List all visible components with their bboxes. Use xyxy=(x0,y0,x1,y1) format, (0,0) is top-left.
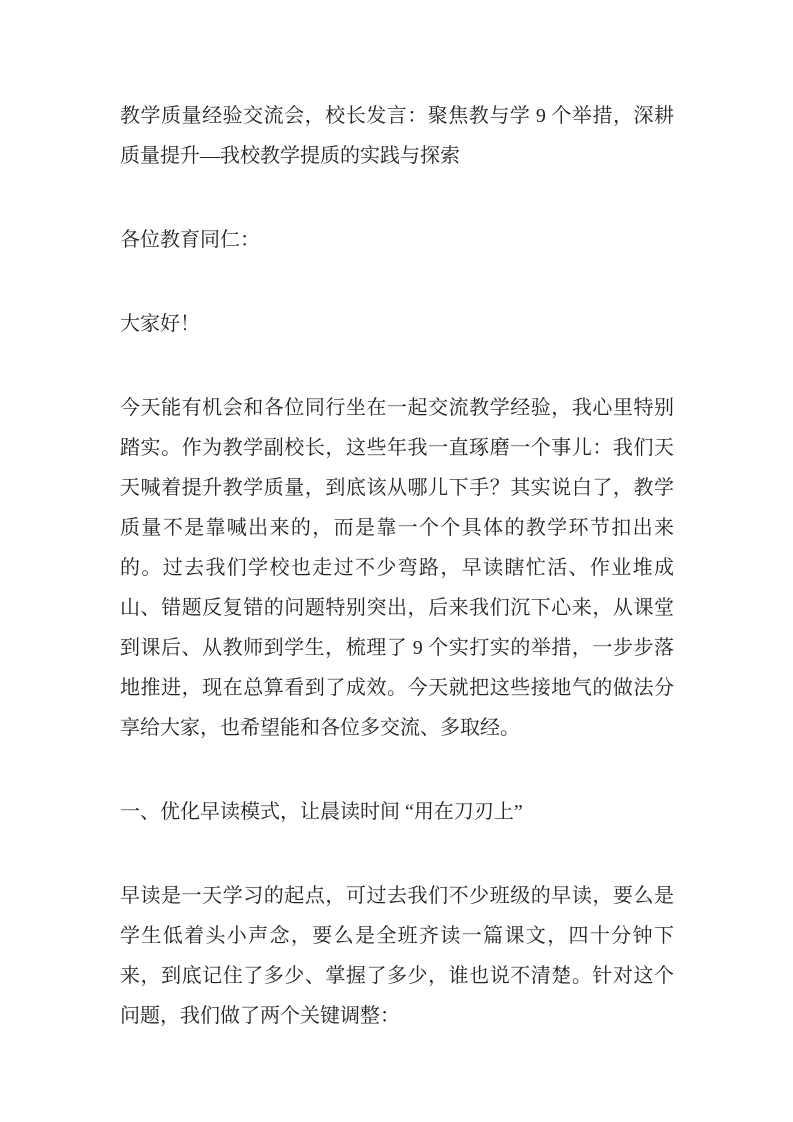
document-content: 教学质量经验交流会，校长发言：聚焦教与学 9 个举措，深耕质量提升—我校教学提质… xyxy=(120,96,674,1036)
document-title: 教学质量经验交流会，校长发言：聚焦教与学 9 个举措，深耕质量提升—我校教学提质… xyxy=(120,96,674,176)
section-heading-1: 一、优化早读模式，让晨读时间 “用在刀刃上” xyxy=(120,792,674,832)
intro-paragraph: 今天能有机会和各位同行坐在一起交流教学经验，我心里特别踏实。作为教学副校长，这些… xyxy=(120,388,674,748)
document-page: 教学质量经验交流会，校长发言：聚焦教与学 9 个举措，深耕质量提升—我校教学提质… xyxy=(0,0,793,1122)
section-1-paragraph: 早读是一天学习的起点，可过去我们不少班级的早读，要么是学生低着头小声念，要么是全… xyxy=(120,876,674,1036)
greeting: 大家好！ xyxy=(120,304,674,344)
salutation: 各位教育同仁： xyxy=(120,220,674,260)
